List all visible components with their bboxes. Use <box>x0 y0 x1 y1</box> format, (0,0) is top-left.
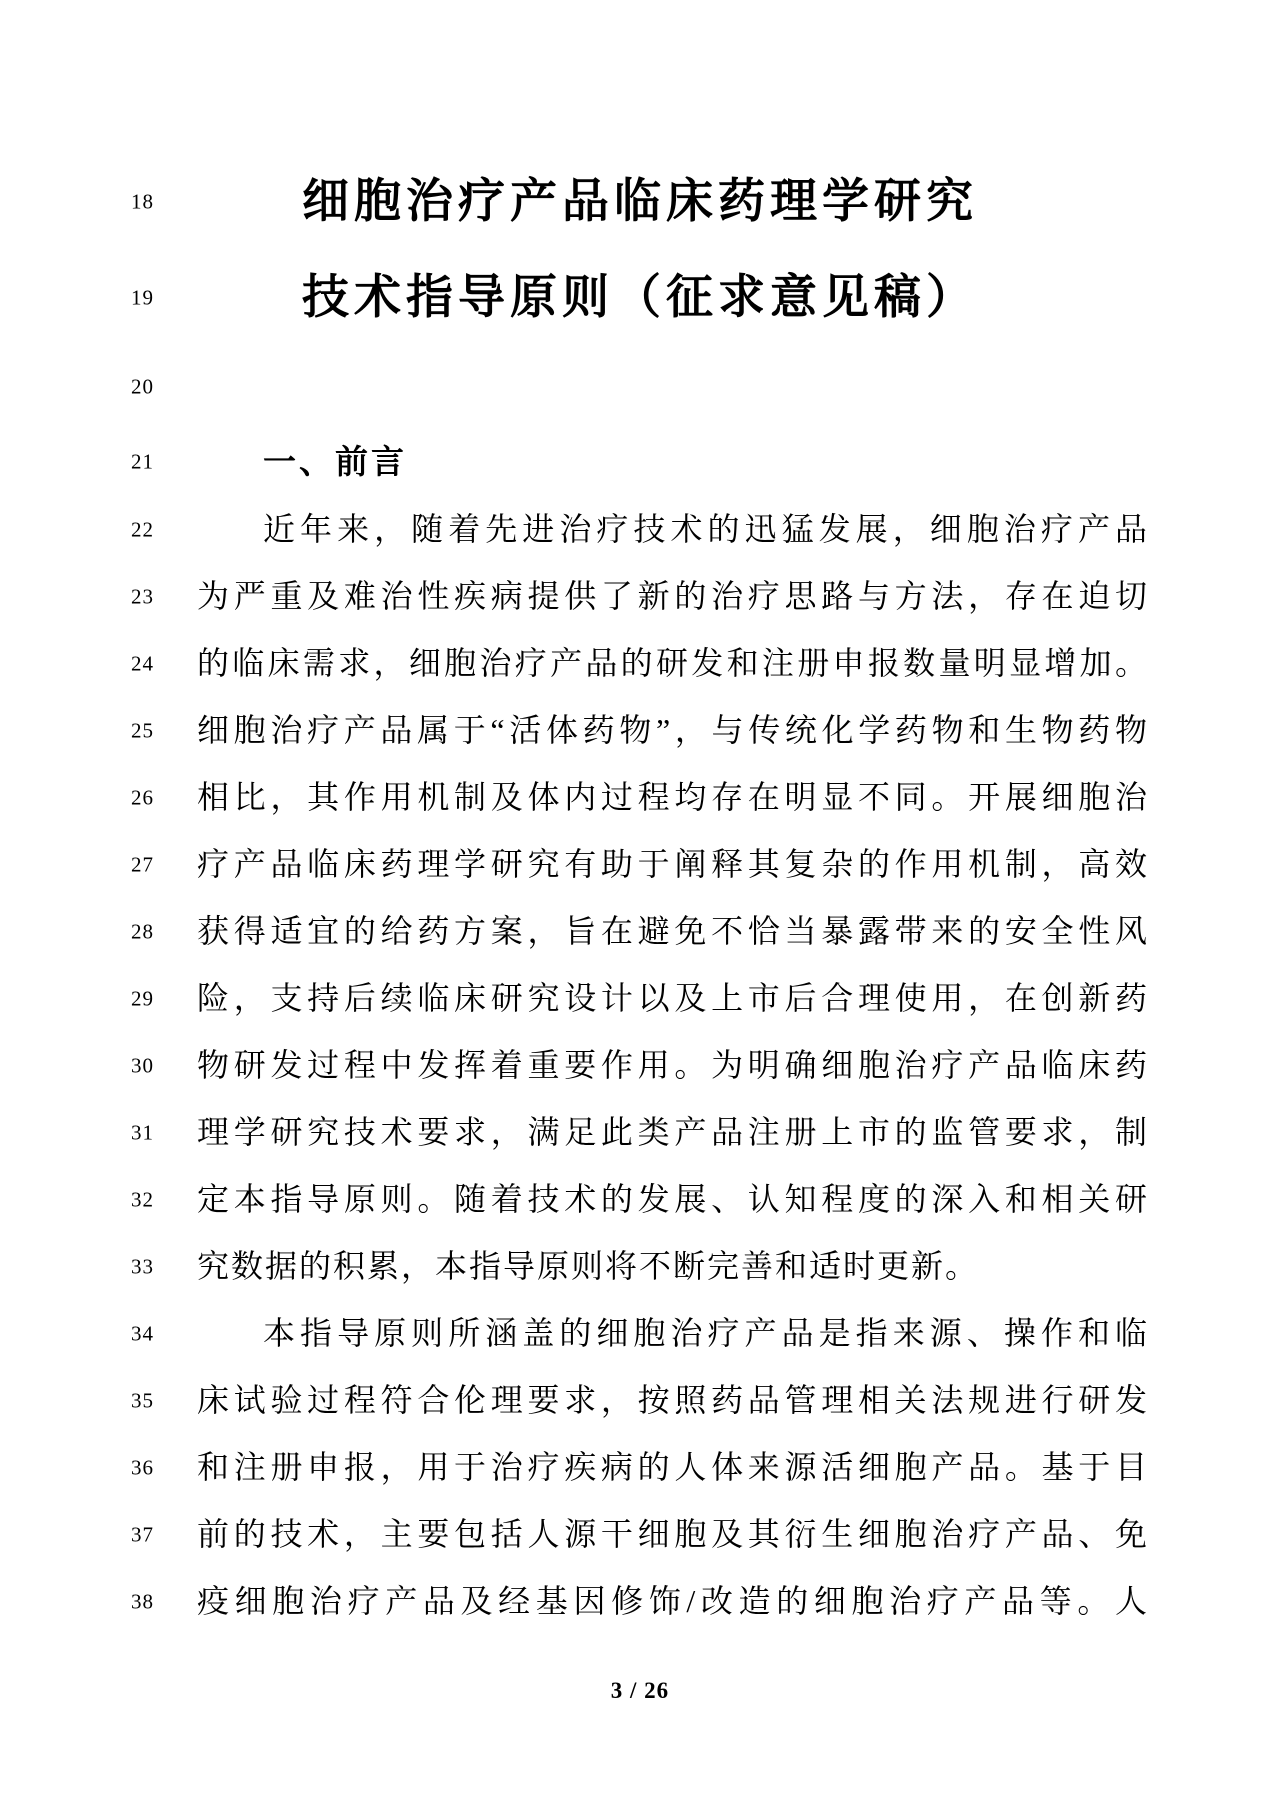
page-footer: 3 / 26 <box>0 1675 1280 1707</box>
body-row: 25细胞治疗产品属于“活体药物”，与传统化学药物和生物药物 <box>0 697 1280 764</box>
heading-row: 21一、前言 <box>0 428 1280 496</box>
body-line-text: 险，支持后续临床研究设计以及上市后合理使用，在创新药 <box>197 965 1149 1032</box>
body-row: 36和注册申报，用于治疗疾病的人体来源活细胞产品。基于目 <box>0 1434 1280 1501</box>
section-heading: 一、前言 <box>197 428 1280 496</box>
line-number: 29 <box>131 986 154 1011</box>
body-row: 33究数据的积累，本指导原则将不断完善和适时更新。 <box>0 1233 1280 1300</box>
body-row: 30物研发过程中发挥着重要作用。为明确细胞治疗产品临床药 <box>0 1032 1280 1099</box>
line-number: 24 <box>131 651 154 676</box>
body-row: 26相比，其作用机制及体内过程均存在明显不同。开展细胞治 <box>0 764 1280 831</box>
body-line-text: 近年来，随着先进治疗技术的迅猛发展，细胞治疗产品 <box>197 496 1149 563</box>
document-page: 18细胞治疗产品临床药理学研究19技术指导原则（征求意见稿）2021一、前言22… <box>0 0 1280 1810</box>
line-number: 25 <box>131 718 154 743</box>
body-line-text: 物研发过程中发挥着重要作用。为明确细胞治疗产品临床药 <box>197 1032 1149 1099</box>
body-row: 35床试验过程符合伦理要求，按照药品管理相关法规进行研发 <box>0 1367 1280 1434</box>
body-line-text: 床试验过程符合伦理要求，按照药品管理相关法规进行研发 <box>197 1367 1149 1434</box>
body-row: 27疗产品临床药理学研究有助于阐释其复杂的作用机制，高效 <box>0 831 1280 898</box>
body-line-text: 细胞治疗产品属于“活体药物”，与传统化学药物和生物药物 <box>197 697 1149 764</box>
document-title-line: 技术指导原则（征求意见稿） <box>0 250 1280 346</box>
body-row: 28获得适宜的给药方案，旨在避免不恰当暴露带来的安全性风 <box>0 898 1280 965</box>
body-row: 32定本指导原则。随着技术的发展、认知程度的深入和相关研 <box>0 1166 1280 1233</box>
line-number: 26 <box>131 785 154 810</box>
body-row: 22近年来，随着先进治疗技术的迅猛发展，细胞治疗产品 <box>0 496 1280 563</box>
title-row: 19技术指导原则（征求意见稿） <box>0 250 1280 346</box>
line-number: 30 <box>131 1053 154 1078</box>
body-line-text: 为严重及难治性疾病提供了新的治疗思路与方法，存在迫切 <box>197 563 1149 630</box>
body-row: 34本指导原则所涵盖的细胞治疗产品是指来源、操作和临 <box>0 1300 1280 1367</box>
blank-row: 20 <box>0 346 1280 428</box>
body-row: 29险，支持后续临床研究设计以及上市后合理使用，在创新药 <box>0 965 1280 1032</box>
body-line-text: 的临床需求，细胞治疗产品的研发和注册申报数量明显增加。 <box>197 630 1149 697</box>
body-line-text: 疫细胞治疗产品及经基因修饰/改造的细胞治疗产品等。人 <box>197 1568 1149 1635</box>
line-number: 32 <box>131 1187 154 1212</box>
body-row: 23为严重及难治性疾病提供了新的治疗思路与方法，存在迫切 <box>0 563 1280 630</box>
line-number: 34 <box>131 1321 154 1346</box>
line-number: 18 <box>131 190 154 215</box>
body-line-text: 疗产品临床药理学研究有助于阐释其复杂的作用机制，高效 <box>197 831 1149 898</box>
body-row: 37前的技术，主要包括人源干细胞及其衍生细胞治疗产品、免 <box>0 1501 1280 1568</box>
line-container: 18细胞治疗产品临床药理学研究19技术指导原则（征求意见稿）2021一、前言22… <box>0 0 1280 1635</box>
body-line-text: 究数据的积累，本指导原则将不断完善和适时更新。 <box>197 1233 1149 1300</box>
title-row: 18细胞治疗产品临床药理学研究 <box>0 154 1280 250</box>
line-number: 23 <box>131 584 154 609</box>
line-number: 19 <box>131 286 154 311</box>
line-number: 27 <box>131 852 154 877</box>
body-line-text: 本指导原则所涵盖的细胞治疗产品是指来源、操作和临 <box>197 1300 1149 1367</box>
body-row: 31理学研究技术要求，满足此类产品注册上市的监管要求，制 <box>0 1099 1280 1166</box>
body-line-text: 前的技术，主要包括人源干细胞及其衍生细胞治疗产品、免 <box>197 1501 1149 1568</box>
line-number: 36 <box>131 1455 154 1480</box>
page-number: 3 / 26 <box>611 1678 669 1703</box>
line-number: 38 <box>131 1589 154 1614</box>
body-line-text: 相比，其作用机制及体内过程均存在明显不同。开展细胞治 <box>197 764 1149 831</box>
body-line-text: 理学研究技术要求，满足此类产品注册上市的监管要求，制 <box>197 1099 1149 1166</box>
body-line-text: 获得适宜的给药方案，旨在避免不恰当暴露带来的安全性风 <box>197 898 1149 965</box>
line-number: 22 <box>131 517 154 542</box>
body-row: 24的临床需求，细胞治疗产品的研发和注册申报数量明显增加。 <box>0 630 1280 697</box>
line-number: 28 <box>131 919 154 944</box>
line-number: 33 <box>131 1254 154 1279</box>
body-line-text: 定本指导原则。随着技术的发展、认知程度的深入和相关研 <box>197 1166 1149 1233</box>
document-title-line: 细胞治疗产品临床药理学研究 <box>0 154 1280 250</box>
line-number: 31 <box>131 1120 154 1145</box>
line-number: 37 <box>131 1522 154 1547</box>
line-number: 35 <box>131 1388 154 1413</box>
line-number: 21 <box>131 450 154 475</box>
body-row: 38疫细胞治疗产品及经基因修饰/改造的细胞治疗产品等。人 <box>0 1568 1280 1635</box>
body-line-text: 和注册申报，用于治疗疾病的人体来源活细胞产品。基于目 <box>197 1434 1149 1501</box>
line-number: 20 <box>131 375 154 400</box>
